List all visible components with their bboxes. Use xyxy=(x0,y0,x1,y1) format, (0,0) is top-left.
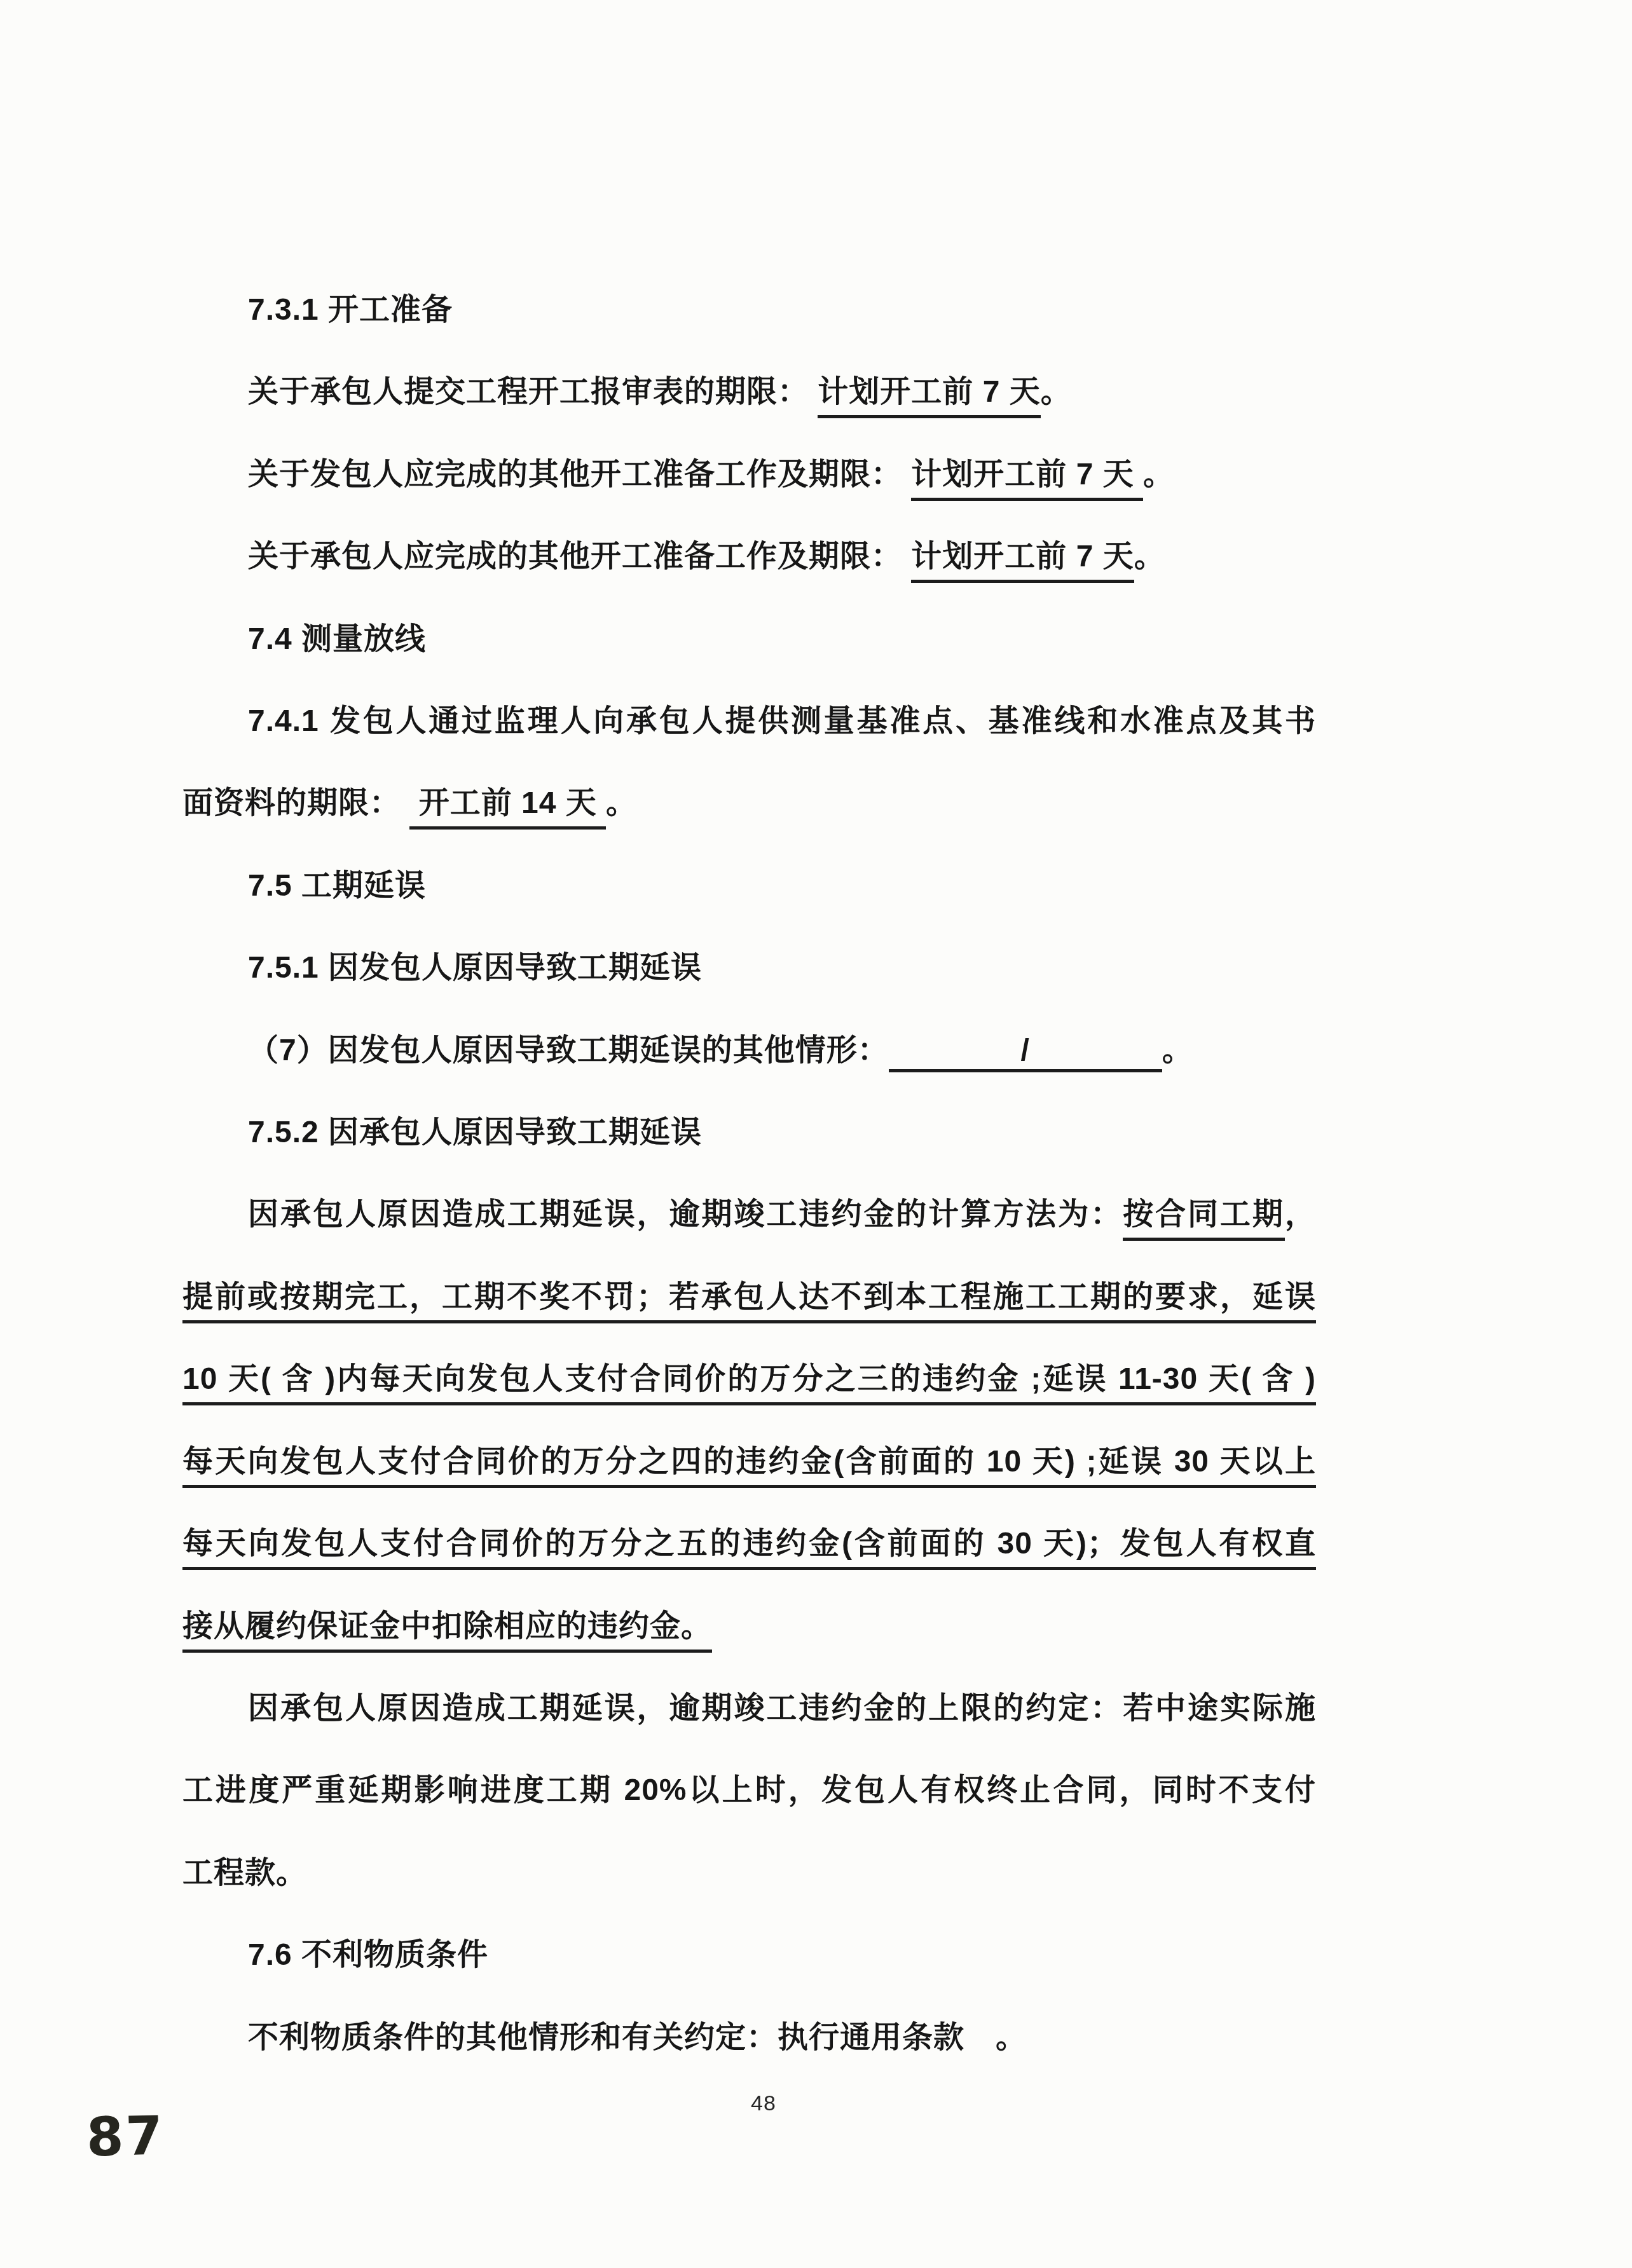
text-run: 工进度严重延期影响进度工期 20%以上时，发包人有权终止合同，同时不支付 xyxy=(182,1773,1316,1807)
clause-employer-other-preparation-deadline: 关于发包人应完成的其他开工准备工作及期限： 计划开工前 7 天 。 xyxy=(182,434,1316,516)
text-run: 关于发包人应完成的其他开工准备工作及期限： xyxy=(248,458,911,491)
heading-7-6: 7.6 不利物质条件 xyxy=(182,1914,1316,1996)
document-lines: 7.3.1 开工准备关于承包人提交工程开工报审表的期限： 计划开工前 7 天。关… xyxy=(182,269,1316,2079)
text-run: 7.4 测量放线 xyxy=(248,622,426,656)
text-run: 7.5 工期延误 xyxy=(248,869,426,903)
text-run: 因承包人原因造成工期延误，逾期竣工违约金的上限的约定：若中途实际施 xyxy=(248,1691,1316,1725)
clause-7-5-1-item-7: （7）因发包人原因导致工期延误的其他情形：/。 xyxy=(182,1009,1316,1091)
underlined-text: 每天向发包人支付合同价的万分之四的违约金(含前面的 10 天) ;延误 30 天… xyxy=(182,1445,1316,1488)
clause-7-5-2-penalty-line-3: 10 天( 含 )内每天向发包人支付合同价的万分之三的违约金 ;延误 11-30… xyxy=(182,1338,1316,1420)
text-run: 不利物质条件的其他情形和有关约定：执行通用条款 。 xyxy=(248,2021,1027,2054)
clause-7-6-other-conditions: 不利物质条件的其他情形和有关约定：执行通用条款 。 xyxy=(182,1997,1316,2079)
text-run: 工程款。 xyxy=(182,1856,307,1890)
heading-7-5-1: 7.5.1 因发包人原因导致工期延误 xyxy=(182,927,1316,1009)
underlined-text: 开工前 14 天 xyxy=(409,786,606,830)
clause-7-5-2-penalty-line-1: 因承包人原因造成工期延误，逾期竣工违约金的计算方法为：按合同工期， xyxy=(182,1173,1316,1255)
clause-commencement-report-deadline: 关于承包人提交工程开工报审表的期限： 计划开工前 7 天。 xyxy=(182,351,1316,433)
text-run: 7.6 不利物质条件 xyxy=(248,1938,488,1972)
text-run: 面资料的期限： xyxy=(182,786,409,820)
underlined-text: 计划开工前 7 天 xyxy=(911,458,1143,501)
heading-7-4: 7.4 测量放线 xyxy=(182,598,1316,680)
text-run: 因承包人原因造成工期延误，逾期竣工违约金的计算方法为： xyxy=(248,1198,1123,1231)
text-run: 7.3.1 开工准备 xyxy=(248,293,453,327)
clause-7-5-2-penalty-line-6: 接从履约保证金中扣除相应的违约金。 xyxy=(182,1585,1316,1667)
text-run: 。 xyxy=(1041,375,1072,409)
text-run: 7.5.1 因发包人原因导致工期延误 xyxy=(248,951,702,985)
text-run: 关于承包人提交工程开工报审表的期限： xyxy=(248,375,818,409)
text-run: 。 xyxy=(606,786,637,820)
underlined-text: 10 天( 含 )内每天向发包人支付合同价的万分之三的违约金 ;延误 11-30… xyxy=(182,1362,1316,1405)
text-run: 。 xyxy=(1162,1034,1193,1067)
heading-7-5: 7.5 工期延误 xyxy=(182,845,1316,927)
underlined-text: 每天向发包人支付合同价的万分之五的违约金(含前面的 30 天)；发包人有权直 xyxy=(182,1527,1316,1570)
clause-7-5-2-cap-line-2: 工进度严重延期影响进度工期 20%以上时，发包人有权终止合同，同时不支付 xyxy=(182,1749,1316,1831)
text-run: ， xyxy=(1285,1198,1316,1231)
clause-contractor-other-preparation-deadline: 关于承包人应完成的其他开工准备工作及期限： 计划开工前 7 天。 xyxy=(182,516,1316,598)
text-run: 关于承包人应完成的其他开工准备工作及期限： xyxy=(248,540,911,573)
clause-7-5-2-penalty-line-5: 每天向发包人支付合同价的万分之五的违约金(含前面的 30 天)；发包人有权直 xyxy=(182,1503,1316,1585)
clause-7-5-2-penalty-line-4: 每天向发包人支付合同价的万分之四的违约金(含前面的 10 天) ;延误 30 天… xyxy=(182,1421,1316,1503)
underlined-text: 计划开工前 7 天 xyxy=(818,375,1040,418)
clause-7-5-2-penalty-line-2: 提前或按期完工，工期不奖不罚；若承包人达不到本工程施工工期的要求，延误 xyxy=(182,1256,1316,1338)
footer-page-number: 48 xyxy=(729,2091,799,2116)
clause-7-5-2-cap-line-3: 工程款。 xyxy=(182,1832,1316,1914)
heading-7-3-1: 7.3.1 开工准备 xyxy=(182,269,1316,351)
text-run: 7.5.2 因承包人原因导致工期延误 xyxy=(248,1116,702,1149)
text-run: 7.4.1 发包人通过监理人向承包人提供测量基准点、基准线和水准点及其书 xyxy=(248,704,1316,738)
fill-in-blank: / xyxy=(889,1032,1162,1072)
text-run: （7）因发包人原因导致工期延误的其他情形： xyxy=(248,1034,889,1067)
underlined-text: 提前或按期完工，工期不奖不罚；若承包人达不到本工程施工工期的要求，延误 xyxy=(182,1280,1316,1323)
scanned-contract-page: 7.3.1 开工准备关于承包人提交工程开工报审表的期限： 计划开工前 7 天。关… xyxy=(0,0,1632,2268)
clause-7-4-1-line-1: 7.4.1 发包人通过监理人向承包人提供测量基准点、基准线和水准点及其书 xyxy=(182,680,1316,762)
underlined-text: 计划开工前 7 天 xyxy=(911,540,1134,583)
text-run: 。 xyxy=(1134,540,1165,573)
text-run: 。 xyxy=(1143,458,1174,491)
heading-7-5-2: 7.5.2 因承包人原因导致工期延误 xyxy=(182,1091,1316,1173)
clause-7-5-2-cap-line-1: 因承包人原因造成工期延误，逾期竣工违约金的上限的约定：若中途实际施 xyxy=(182,1667,1316,1749)
underlined-text: 按合同工期 xyxy=(1123,1198,1285,1241)
corner-sheet-number: 87 xyxy=(86,2104,165,2168)
clause-7-4-1-line-2: 面资料的期限： 开工前 14 天 。 xyxy=(182,762,1316,844)
underlined-text: 接从履约保证金中扣除相应的违约金。 xyxy=(182,1609,712,1653)
